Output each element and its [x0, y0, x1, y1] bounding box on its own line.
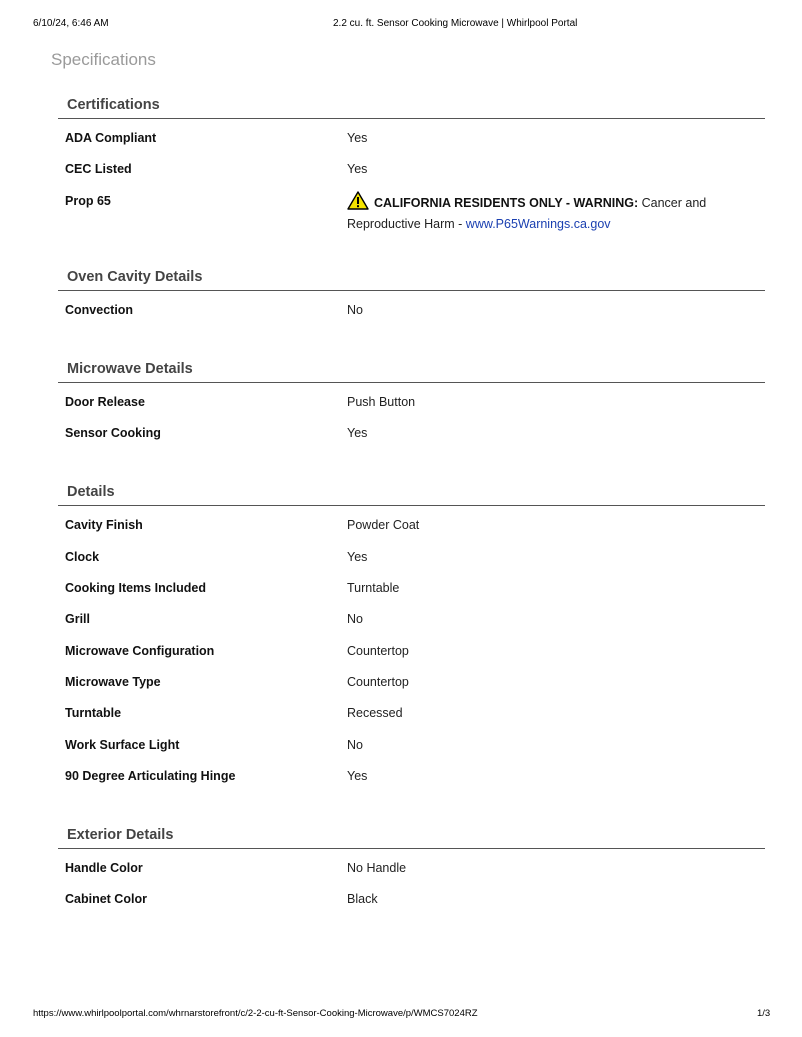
spec-value: No Handle	[347, 861, 765, 875]
section-oven-cavity-details: Oven Cavity Details Convection No	[58, 268, 765, 328]
section-heading: Microwave Details	[58, 360, 765, 383]
warning-bold-text: CALIFORNIA RESIDENTS ONLY - WARNING:	[374, 196, 638, 210]
spec-value: Yes	[347, 769, 765, 783]
spec-label: 90 Degree Articulating Hinge	[58, 769, 347, 783]
section-heading: Details	[58, 483, 765, 506]
spec-value: Turntable	[347, 581, 765, 595]
spec-label: Clock	[58, 550, 347, 564]
section-heading: Exterior Details	[58, 826, 765, 849]
spec-value: Yes	[347, 131, 765, 145]
spec-row: Microwave Configuration Countertop	[58, 638, 765, 669]
spec-value: Push Button	[347, 395, 765, 409]
spec-value: Recessed	[347, 706, 765, 720]
spec-label: Sensor Cooking	[58, 426, 347, 440]
section-heading: Oven Cavity Details	[58, 268, 765, 291]
spec-label: Convection	[58, 303, 347, 317]
spec-row: Cooking Items Included Turntable	[58, 575, 765, 606]
spec-row: ADA Compliant Yes	[58, 125, 765, 156]
spec-value: Yes	[347, 162, 765, 176]
spec-label: Grill	[58, 612, 347, 626]
spec-value: Black	[347, 892, 765, 906]
section-details: Details Cavity Finish Powder Coat Clock …	[58, 483, 765, 794]
page-number: 1/3	[757, 1008, 770, 1019]
spec-row: Convection No	[58, 297, 765, 328]
spec-label: CEC Listed	[58, 162, 347, 176]
spec-row: Door Release Push Button	[58, 389, 765, 420]
print-date: 6/10/24, 6:46 AM	[33, 18, 109, 29]
spec-label: ADA Compliant	[58, 131, 347, 145]
spec-row: Work Surface Light No	[58, 732, 765, 763]
section-exterior-details: Exterior Details Handle Color No Handle …	[58, 826, 765, 918]
spec-row: Cavity Finish Powder Coat	[58, 512, 765, 543]
spec-row: Clock Yes	[58, 544, 765, 575]
spec-row-prop65: Prop 65 CALIFORNIA RESIDENTS ONLY - WARN…	[58, 188, 765, 233]
p65-warnings-link[interactable]: www.P65Warnings.ca.gov	[466, 217, 611, 231]
spec-value: Yes	[347, 550, 765, 564]
spec-row: Grill No	[58, 606, 765, 637]
spec-row: CEC Listed Yes	[58, 156, 765, 187]
spec-value: No	[347, 612, 765, 626]
spec-label: Door Release	[58, 395, 347, 409]
spec-label: Turntable	[58, 706, 347, 720]
section-microwave-details: Microwave Details Door Release Push Butt…	[58, 360, 765, 452]
spec-value: Countertop	[347, 675, 765, 689]
print-page-title: 2.2 cu. ft. Sensor Cooking Microwave | W…	[333, 18, 577, 29]
spec-value: Countertop	[347, 644, 765, 658]
spec-value: Yes	[347, 426, 765, 440]
spec-label: Work Surface Light	[58, 738, 347, 752]
spec-value: No	[347, 738, 765, 752]
spec-row: Turntable Recessed	[58, 700, 765, 731]
spec-row: Cabinet Color Black	[58, 886, 765, 917]
spec-value: Powder Coat	[347, 518, 765, 532]
section-heading: Certifications	[58, 96, 765, 119]
spec-label: Cavity Finish	[58, 518, 347, 532]
spec-label: Handle Color	[58, 861, 347, 875]
spec-row: Handle Color No Handle	[58, 855, 765, 886]
spec-label: Cooking Items Included	[58, 581, 347, 595]
spec-value: No	[347, 303, 765, 317]
spec-row: Microwave Type Countertop	[58, 669, 765, 700]
spec-label: Cabinet Color	[58, 892, 347, 906]
spec-label: Microwave Configuration	[58, 644, 347, 658]
spec-row: 90 Degree Articulating Hinge Yes	[58, 763, 765, 794]
spec-sections: Certifications ADA Compliant Yes CEC Lis…	[58, 96, 765, 918]
page-title: Specifications	[51, 50, 156, 70]
warning-triangle-icon	[347, 191, 369, 215]
spec-label: Microwave Type	[58, 675, 347, 689]
prop65-warning: CALIFORNIA RESIDENTS ONLY - WARNING: Can…	[347, 191, 765, 233]
spec-row: Sensor Cooking Yes	[58, 420, 765, 451]
spec-label: Prop 65	[58, 194, 347, 208]
print-url: https://www.whirlpoolportal.com/whrnarst…	[33, 1008, 478, 1019]
section-certifications: Certifications ADA Compliant Yes CEC Lis…	[58, 96, 765, 233]
